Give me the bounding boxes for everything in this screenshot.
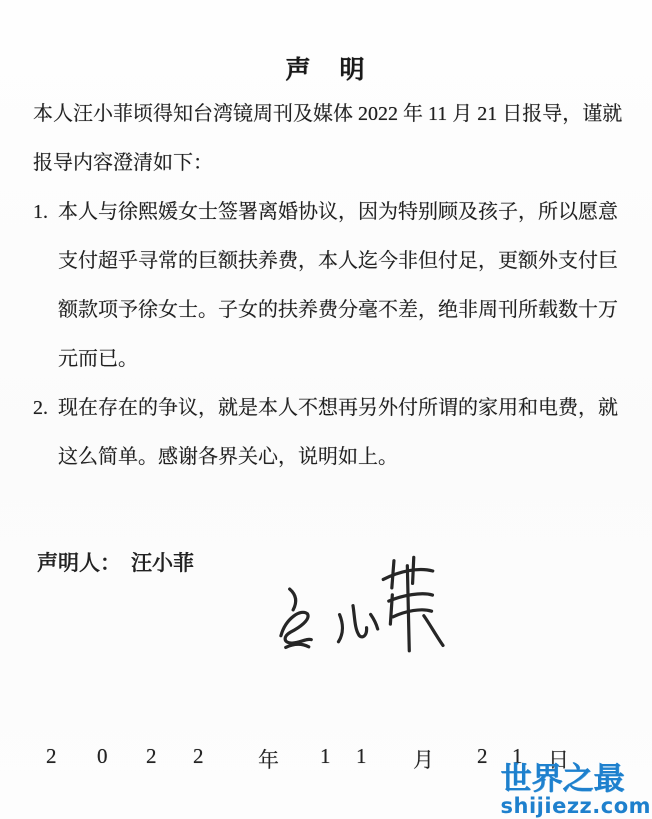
statement-item-2: 2. 现在存在的争议，就是本人不想再另外付所谓的家用和电费，就 这么简单。感谢各… bbox=[33, 384, 624, 482]
intro-line: 本人汪小菲顷得知台湾镜周刊及媒体 2022 年 11 月 21 日报导，谨就 bbox=[33, 90, 624, 139]
date-char: 2 bbox=[146, 744, 157, 769]
item-text-line: 元而已。 bbox=[33, 335, 624, 384]
item-number: 2. bbox=[33, 384, 58, 433]
watermark-url-text: shijiezz.com bbox=[501, 796, 651, 817]
date-char: 1 bbox=[356, 744, 367, 769]
signer-label: 声明人： bbox=[37, 552, 121, 575]
date-char: 1 bbox=[320, 744, 331, 769]
scanned-statement-document: 声 明 本人汪小菲顷得知台湾镜周刊及媒体 2022 年 11 月 21 日报导，… bbox=[0, 0, 652, 819]
item-number: 1. bbox=[33, 188, 58, 237]
item-text-line: 支付超乎寻常的巨额扶养费，本人迄今非但付足，更额外支付巨 bbox=[33, 237, 624, 286]
item-text-line: 这么简单。感谢各界关心，说明如上。 bbox=[33, 433, 624, 482]
signer-name: 汪小菲 bbox=[131, 552, 194, 575]
item-text-line: 本人与徐熙媛女士签署离婚协议，因为特别顾及孩子，所以愿意 bbox=[58, 188, 618, 237]
watermark-logo-text: 世界之最 bbox=[501, 764, 651, 795]
date-char: 2 bbox=[477, 744, 488, 769]
intro-line: 报导内容澄清如下： bbox=[33, 139, 624, 188]
item-text-line: 现在存在的争议，就是本人不想再另外付所谓的家用和电费，就 bbox=[58, 384, 618, 433]
date-char: 月 bbox=[413, 744, 434, 774]
date-char: 2 bbox=[193, 744, 204, 769]
document-title: 声 明 bbox=[0, 50, 652, 86]
signer-line: 声明人：汪小菲 bbox=[37, 547, 194, 577]
item-text-line: 额款项予徐女士。子女的扶养费分毫不差，绝非周刊所载数十万 bbox=[33, 286, 624, 335]
date-char: 年 bbox=[258, 744, 279, 774]
date-char: 2 bbox=[46, 744, 57, 769]
date-char: 0 bbox=[97, 744, 108, 769]
handwritten-signature bbox=[239, 543, 456, 669]
statement-item-1: 1. 本人与徐熙媛女士签署离婚协议，因为特别顾及孩子，所以愿意 支付超乎寻常的巨… bbox=[33, 188, 624, 384]
site-watermark: 世界之最 shijiezz.com bbox=[501, 764, 651, 817]
document-body: 本人汪小菲顷得知台湾镜周刊及媒体 2022 年 11 月 21 日报导，谨就 报… bbox=[33, 90, 624, 482]
